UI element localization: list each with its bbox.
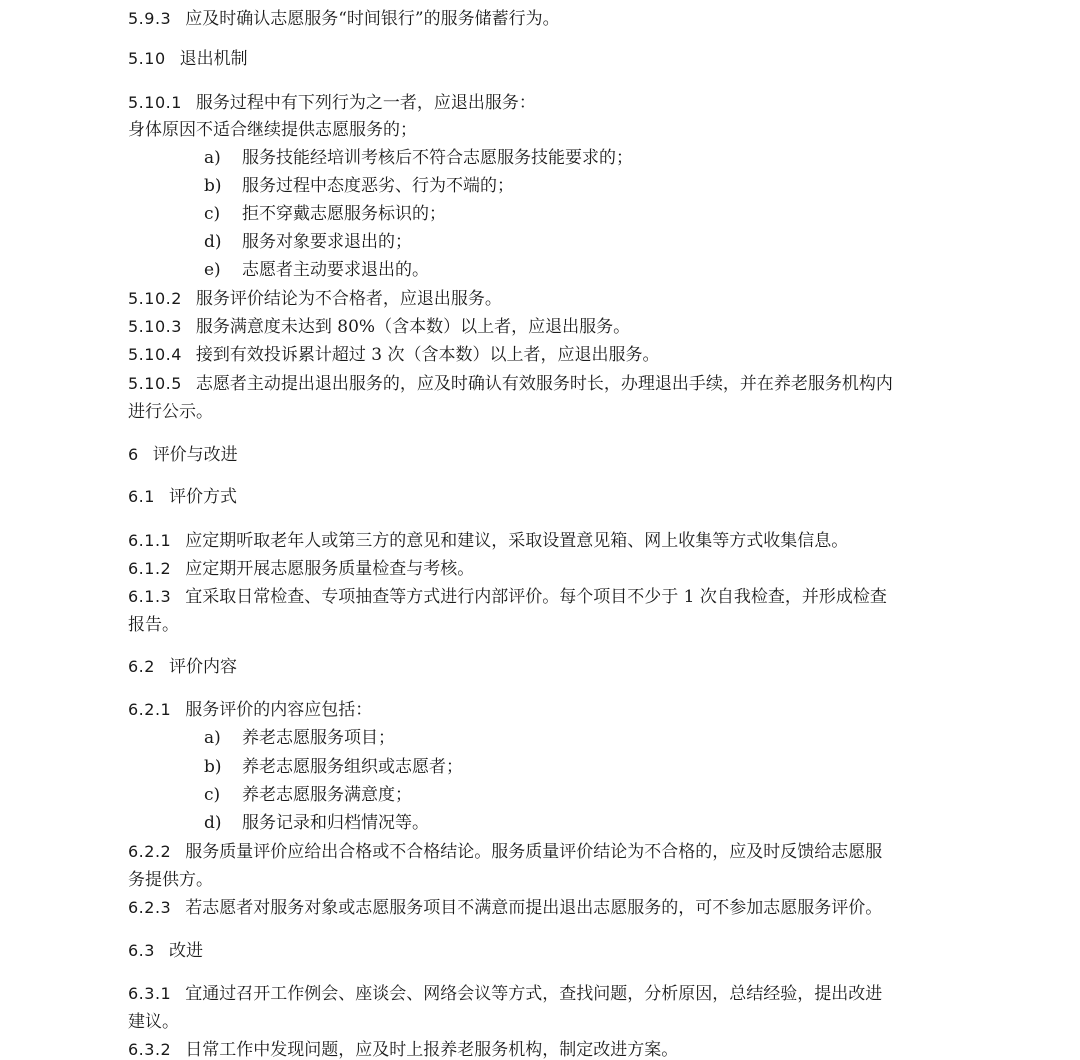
list-item: a)服务技能经培训考核后不符合志愿服务技能要求的； <box>204 147 633 169</box>
list-item: b)养老志愿服务组织或志愿者； <box>204 756 463 778</box>
list-item: d)服务对象要求退出的； <box>204 231 412 253</box>
clause-6-1-1: 6.1.1应定期听取老年人或第三方的意见和建议，采取设置意见箱、网上收集等方式收… <box>128 530 848 552</box>
section-heading-6-3: 6.3改进 <box>128 940 203 962</box>
clause-6-3-1: 6.3.1宜通过召开工作例会、座谈会、网络会议等方式，查找问题，分析原因，总结经… <box>128 983 882 1005</box>
clause-5-10-4: 5.10.4接到有效投诉累计超过 3 次（含本数）以上者，应退出服务。 <box>128 344 660 366</box>
clause-5-10-5: 5.10.5志愿者主动提出退出服务的，应及时确认有效服务时长，办理退出手续，并在… <box>128 373 893 395</box>
clause-6-2-3: 6.2.3若志愿者对服务对象或志愿服务项目不满意而提出退出志愿服务的，可不参加志… <box>128 897 882 919</box>
clause-6-1-3: 6.1.3宜采取日常检查、专项抽查等方式进行内部评价。每个项目不少于 1 次自我… <box>128 586 887 608</box>
paragraph-continuation: 务提供方。 <box>128 869 213 891</box>
clause-6-1-2: 6.1.2应定期开展志愿服务质量检查与考核。 <box>128 558 474 580</box>
paragraph-continuation: 身体原因不适合继续提供志愿服务的； <box>128 119 417 141</box>
section-heading-6-1: 6.1评价方式 <box>128 486 237 508</box>
list-item: a)养老志愿服务项目； <box>204 727 395 749</box>
paragraph-continuation: 建议。 <box>128 1011 179 1033</box>
clause-5-10-2: 5.10.2服务评价结论为不合格者，应退出服务。 <box>128 288 502 310</box>
clause-5-10-1: 5.10.1服务过程中有下列行为之一者，应退出服务： <box>128 92 536 114</box>
clause-6-2-1: 6.2.1服务评价的内容应包括： <box>128 699 372 721</box>
section-heading-6: 6评价与改进 <box>128 444 238 466</box>
list-item: b)服务过程中态度恶劣、行为不端的； <box>204 175 514 197</box>
paragraph-continuation: 报告。 <box>128 614 179 636</box>
section-heading-5-10: 5.10退出机制 <box>128 48 248 70</box>
list-item: e)志愿者主动要求退出的。 <box>204 259 429 281</box>
clause-5-10-3: 5.10.3服务满意度未达到 80%（含本数）以上者，应退出服务。 <box>128 316 630 338</box>
list-item: c)养老志愿服务满意度； <box>204 784 412 806</box>
paragraph-continuation: 进行公示。 <box>128 401 213 423</box>
list-item: d)服务记录和归档情况等。 <box>204 812 429 834</box>
clause-6-3-2: 6.3.2日常工作中发现问题，应及时上报养老服务机构，制定改进方案。 <box>128 1039 678 1060</box>
clause-6-2-2: 6.2.2服务质量评价应给出合格或不合格结论。服务质量评价结论为不合格的，应及时… <box>128 841 882 863</box>
clause-5-9-3: 5.9.3应及时确认志愿服务“时间银行”的服务储蓄行为。 <box>128 8 560 30</box>
list-item: c)拒不穿戴志愿服务标识的； <box>204 203 446 225</box>
section-heading-6-2: 6.2评价内容 <box>128 656 237 678</box>
